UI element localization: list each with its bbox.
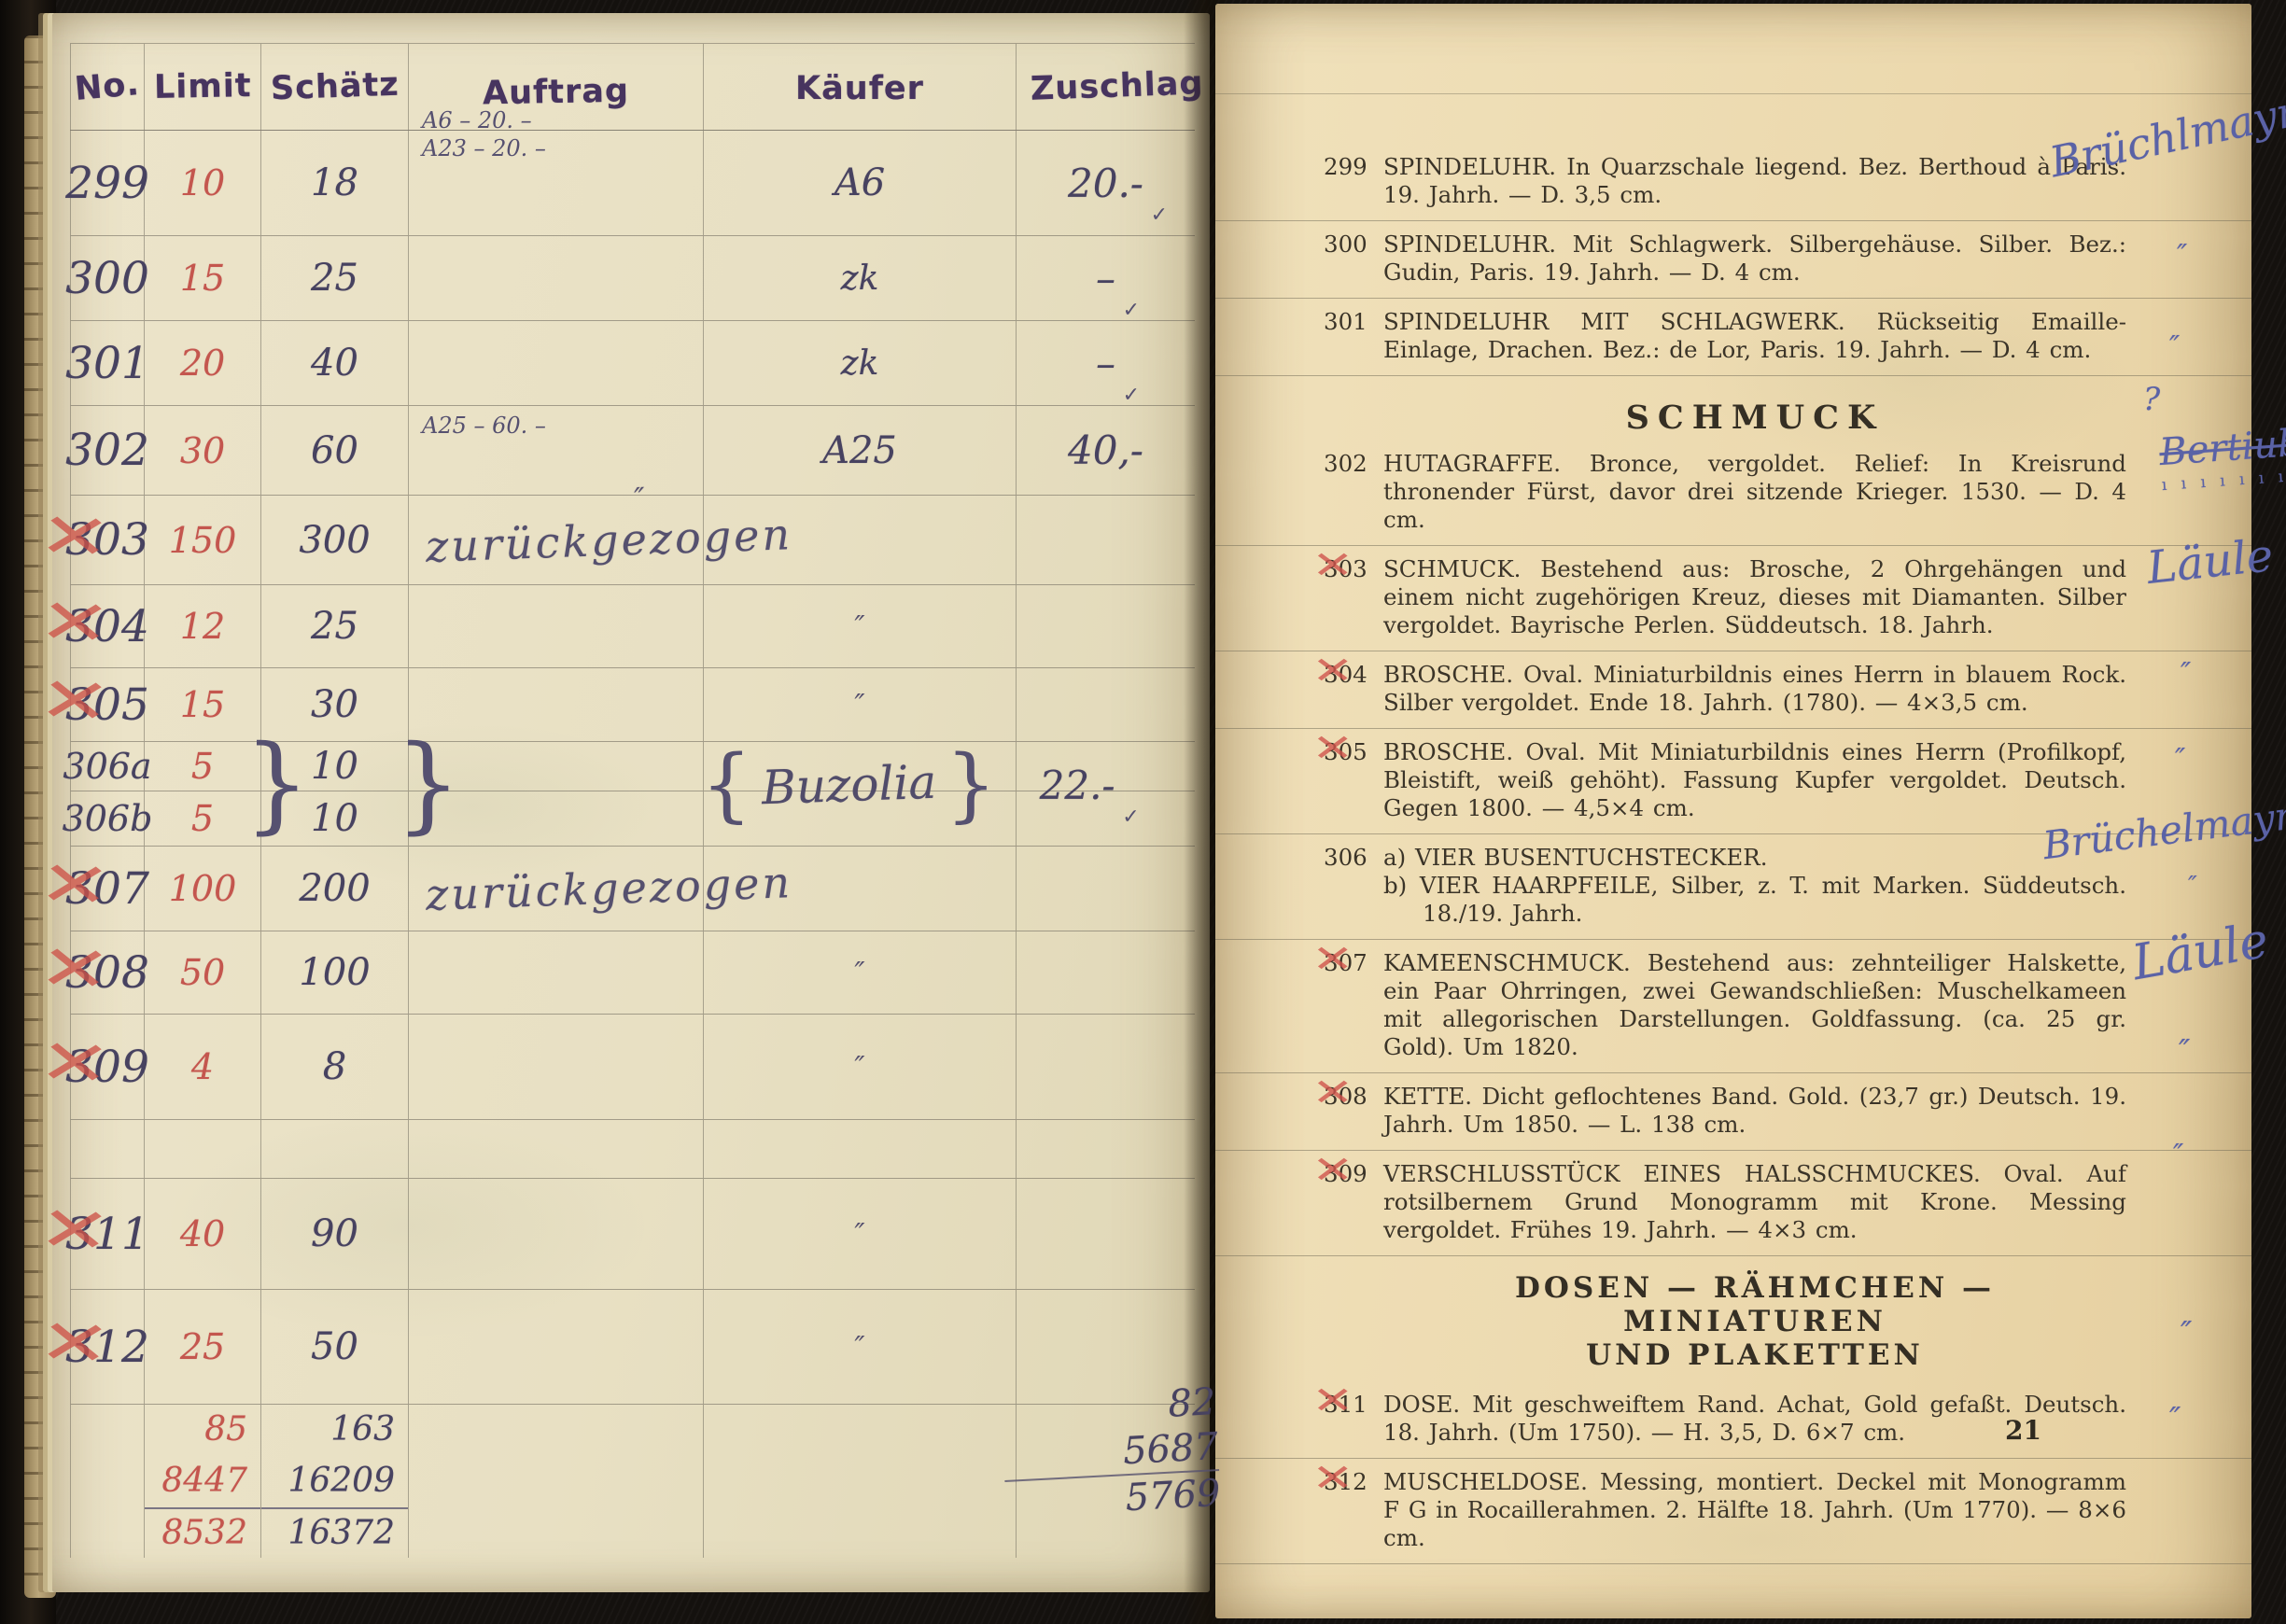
limit-value: 15 [180, 684, 225, 725]
schaetz-value: 200 [299, 867, 370, 910]
ledger-cell-zuschlag [1017, 1120, 1195, 1178]
ledger-cell-zuschlag [1017, 931, 1195, 1014]
check-mark: ✓ [1151, 203, 1168, 227]
ledger-cell-zuschlag [1017, 1015, 1195, 1119]
totals-cell-empty [704, 1507, 1017, 1558]
catalog-lot-number: 309✕ [1324, 1160, 1378, 1188]
schaetz-value: 50 [311, 1325, 358, 1368]
ledger-cell-lot-no: 309✕ [70, 1015, 145, 1119]
ledger-cell-zuschlag: 40,- [1017, 406, 1195, 495]
ledger-cell-limit: 12 [145, 585, 261, 667]
ledger-row-301: 3012040zk–✓ [70, 321, 1195, 406]
check-mark: ✓ [1122, 805, 1139, 829]
lot-number: 304✕ [65, 601, 149, 652]
ledger-cell-zuschlag [1017, 668, 1195, 741]
lot-number-text: 312✕ [1324, 1468, 1367, 1496]
catalog-lot-number: 304✕ [1324, 661, 1378, 689]
lot-number-text: 304 [65, 601, 149, 652]
ledger-cell-auftrag [409, 1179, 704, 1289]
lot-number-text: 303✕ [1324, 555, 1367, 583]
schaetz-value: 8 [323, 1045, 346, 1088]
catalog-entry-text: SPINDELUHR MIT SCHLAGWERK. Rückseitig Em… [1383, 308, 2126, 364]
lot-number: 308✕ [65, 947, 149, 999]
lot-number: 303✕ [65, 514, 149, 566]
ledger-cell-schaetz: 40 [261, 321, 409, 405]
schaetz-value: 30 [311, 683, 358, 726]
ledger-cell-kaeufer: zk [704, 236, 1017, 320]
lot-number-text: 300 [65, 253, 149, 304]
catalog-entry-text: BROSCHE. Oval. Mit Miniaturbildnis eines… [1383, 738, 2126, 822]
header-cell-kaeufer: Käufer [704, 44, 1017, 130]
ledger-cell-schaetz: 8 [261, 1015, 409, 1119]
lot-number-text: 299 [65, 158, 149, 209]
schaetz-value: 60 [311, 429, 358, 472]
column-header-schaetz: Schätz [270, 66, 400, 108]
zuschlag-value: 40,- [1068, 427, 1143, 473]
ledger-row-303: 303✕150300zurückgezogen″ [70, 496, 1195, 585]
lot-number-text: 303 [65, 514, 149, 566]
schaetz-value: 10 [311, 797, 358, 840]
schaetz-total: 163 [261, 1410, 408, 1449]
ledger-cell-kaeufer: ″ [704, 668, 1017, 741]
ledger-cell-schaetz: 90 [261, 1179, 409, 1289]
ledger-cell-lot-no [70, 1120, 145, 1178]
totals-cell-empty [70, 1507, 145, 1558]
ledger-cell-auftrag: A25 – 60. – [409, 406, 704, 495]
totals-cell-empty [70, 1405, 145, 1453]
lot-number-text: 308 [65, 947, 149, 999]
book-spine [0, 0, 56, 1624]
limit-value: 100 [169, 868, 237, 909]
auction-ledger-book-scan: No. Limit Schätz Auftrag Käufer Zuschlag… [0, 0, 2286, 1624]
lot-number-value: 312 [1324, 1468, 1367, 1495]
limit-value: 4 [191, 1046, 214, 1087]
ledger-cell-schaetz: 50 [261, 1290, 409, 1404]
lot-number-text: 306b [63, 798, 153, 839]
ledger-cell-auftrag: zurückgezogen [409, 847, 704, 931]
lot-number-text: 302 [65, 425, 149, 476]
totals-cell-limit: 85 [145, 1405, 261, 1453]
ledger-cell-limit: 15 [145, 236, 261, 320]
ledger-cell-auftrag [409, 321, 704, 405]
catalog-lot-number: 302 [1324, 450, 1378, 478]
ledger-row-309: 309✕48″ [70, 1015, 1195, 1120]
catalog-entry-308: 308✕KETTE. Dicht geflochtenes Band. Gold… [1215, 1073, 2251, 1151]
lot-number-text: 309✕ [1324, 1160, 1367, 1188]
ledger-cell-limit: 10 [145, 131, 261, 235]
ledger-cell-limit: 4 [145, 1015, 261, 1119]
kaeufer-value: A6 [834, 161, 885, 204]
ledger-cell-limit: 30 [145, 406, 261, 495]
catalog-entry-text: MUSCHELDOSE. Messing, montiert. Deckel m… [1383, 1468, 2126, 1552]
limit-value: 40 [180, 1213, 225, 1254]
lot-number-text: 304✕ [1324, 661, 1367, 689]
ditto-mark: ″ [854, 1218, 864, 1251]
catalog-lot-number: 312✕ [1324, 1468, 1378, 1496]
zuschlag-value: –✓ [1096, 341, 1115, 386]
catalog-entry-line-b: b) VIER HAARPFEILE, Silber, z. T. mit Ma… [1383, 872, 2126, 928]
header-cell-zuschlag: Zuschlag [1017, 44, 1195, 130]
schaetz-value: 25 [311, 605, 358, 648]
totals-cell-limit: 8447 [145, 1453, 261, 1507]
schaetz-value: 10 [311, 745, 358, 788]
lot-number: 302 [65, 425, 149, 476]
ledger-cell-lot-no: 312✕ [70, 1290, 145, 1404]
column-header-limit: Limit [153, 67, 251, 106]
ledger-cell-kaeufer [704, 1120, 1017, 1178]
lot-number-text: 306 [1324, 844, 1367, 872]
ledger-row-307: 307✕100200zurückgezogen [70, 847, 1195, 931]
catalog-page: 299SPINDELUHR. In Quarzschale liegend. B… [1215, 4, 2251, 1618]
lot-number-text: 312 [65, 1322, 149, 1373]
limit-value: 12 [180, 606, 225, 647]
ledger-cell-limit [145, 1120, 261, 1178]
ledger-page: No. Limit Schätz Auftrag Käufer Zuschlag… [52, 13, 1210, 1592]
schaetz-value: 18 [311, 161, 358, 204]
check-mark: ✓ [1123, 299, 1140, 322]
catalog-entries: 299SPINDELUHR. In Quarzschale liegend. B… [1215, 4, 2251, 1564]
schaetz-value: 100 [299, 951, 370, 994]
column-header-no: No. [74, 65, 142, 108]
limit-value: 10 [180, 162, 225, 203]
ledger-cell-lot-no: 311✕ [70, 1179, 145, 1289]
ledger-cell-limit: 100 [145, 847, 261, 931]
schaetz-total: 16372 [261, 1514, 408, 1552]
ledger-cell-schaetz: 25 [261, 236, 409, 320]
section-heading-line: UND PLAKETTEN [1383, 1338, 2126, 1372]
schaetz-value: 40 [311, 342, 358, 385]
ledger-row-308: 308✕50100″ [70, 931, 1195, 1015]
ledger-cell-lot-no: 300 [70, 236, 145, 320]
lot-number-text: 301 [65, 338, 149, 389]
ledger-cell-auftrag: zurückgezogen″ [409, 496, 704, 584]
lot-number-text: 311✕ [1324, 1391, 1367, 1419]
ledger-cell-lot-no: 307✕ [70, 847, 145, 931]
lot-number-value: 300 [1324, 231, 1367, 258]
ditto-mark: ″ [854, 1331, 864, 1364]
kaeufer-value: Buzolia [761, 755, 937, 815]
group-brace: } [395, 734, 436, 834]
lot-number-text: 311 [65, 1209, 149, 1260]
ledger-cell-zuschlag [1017, 1179, 1195, 1289]
ledger-cell-schaetz: 100 [261, 931, 409, 1014]
ledger-cell-kaeufer: A6 [704, 131, 1017, 235]
catalog-entry-300: 300SPINDELUHR. Mit Schlagwerk. Silbergeh… [1215, 221, 2251, 299]
catalog-lot-number: 299 [1324, 153, 1378, 181]
schaetz-value: 300 [299, 519, 370, 562]
ledger-cell-lot-no: 305✕ [70, 668, 145, 741]
lot-number-text: 308✕ [1324, 1083, 1367, 1111]
ledger-cell-lot-no: 306b [70, 791, 145, 846]
catalog-entry-text: SCHMUCK. Bestehend aus: Brosche, 2 Ohrge… [1383, 555, 2126, 639]
ledger-cell-auftrag [409, 1015, 704, 1119]
catalog-entry-text: KETTE. Dicht geflochtenes Band. Gold. (2… [1383, 1083, 2126, 1139]
lot-number-value: 307 [1324, 949, 1367, 976]
catalog-entry-311: 311✕DOSE. Mit geschweiftem Rand. Achat, … [1215, 1381, 2251, 1459]
lot-number: 309✕ [65, 1042, 149, 1093]
ledger-cell-auftrag [409, 585, 704, 667]
ledger-cell-kaeufer: ″ [704, 1015, 1017, 1119]
auftrag-note: A6 – 20. –A23 – 20. – [409, 106, 546, 162]
ditto-mark: ″ [634, 482, 648, 514]
catalog-lot-number: 301 [1324, 308, 1378, 336]
catalog-lot-number: 308✕ [1324, 1083, 1378, 1111]
catalog-entry-299: 299SPINDELUHR. In Quarzschale liegend. B… [1215, 144, 2251, 221]
schaetz-value: 25 [311, 257, 358, 300]
ledger-cell-schaetz: 25 [261, 585, 409, 667]
lot-number-value: 303 [1324, 555, 1367, 582]
lot-number-value: 311 [1324, 1391, 1367, 1418]
auftrag-note: A25 – 60. – [409, 412, 546, 440]
ledger-cell-schaetz: 300 [261, 496, 409, 584]
ledger-cell-zuschlag: 20.-✓ [1017, 131, 1195, 235]
lot-number-value: 304 [1324, 661, 1367, 688]
zuschlag-value: 22.-✓ [1040, 763, 1115, 808]
zuschlag-amount: 20.- [1068, 161, 1143, 206]
limit-value: 150 [169, 520, 237, 561]
catalog-entry-text: KAMEENSCHMUCK. Bestehend aus: zehnteilig… [1383, 949, 2126, 1061]
lot-number-value: 306 [1324, 844, 1367, 871]
catalog-entry-307: 307✕KAMEENSCHMUCK. Bestehend aus: zehnte… [1215, 940, 2251, 1073]
ledger-cell-kaeufer: A25 [704, 406, 1017, 495]
lot-number: 305✕ [65, 679, 149, 731]
ledger-cell-lot-no: 301 [70, 321, 145, 405]
totals-cell-empty [704, 1405, 1017, 1453]
header-cell-schaetz: Schätz [261, 44, 409, 130]
ledger-row-299: 2991018A6 – 20. –A23 – 20. –A620.-✓ [70, 131, 1195, 236]
catalog-lot-number: 305✕ [1324, 738, 1378, 766]
zuschlag-amount: 40,- [1068, 427, 1143, 473]
ledger-cell-limit: 25 [145, 1290, 261, 1404]
ledger-row-305: 305✕1530″ [70, 668, 1195, 742]
ledger-cell-auftrag [409, 1120, 704, 1178]
ditto-mark: ″ [854, 1051, 864, 1084]
limit-value: 25 [180, 1326, 225, 1367]
schaetz-total: 16209 [261, 1462, 408, 1500]
ledger-cell-kaeufer: ″ [704, 585, 1017, 667]
catalog-entry-312: 312✕MUSCHELDOSE. Messing, montiert. Deck… [1215, 1459, 2251, 1564]
catalog-entry-309: 309✕VERSCHLUSSTÜCK EINES HALSSCHMUCKES. … [1215, 1151, 2251, 1256]
totals-cell-schaetz: 163 [261, 1405, 409, 1453]
totals-cell-schaetz: 16372 [261, 1507, 409, 1558]
lot-number: 299 [65, 158, 149, 209]
ledger-cell-limit: 40 [145, 1179, 261, 1289]
ledger-cell-zuschlag [1017, 847, 1195, 931]
totals-cell-empty [704, 1453, 1017, 1507]
ledger-cell-lot-no: 308✕ [70, 931, 145, 1014]
ledger-row-311: 311✕4090″ [70, 1179, 1195, 1290]
catalog-entry-304: 304✕BROSCHE. Oval. Miniaturbildnis eines… [1215, 651, 2251, 729]
catalog-entry-303: 303✕SCHMUCK. Bestehend aus: Brosche, 2 O… [1215, 546, 2251, 651]
catalog-entry-302: 302HUTAGRAFFE. Bronce, vergoldet. Relief… [1215, 441, 2251, 546]
lot-number-value: 302 [1324, 450, 1367, 477]
group-brace: } [244, 734, 285, 834]
ledger-cell-kaeufer: zk [704, 321, 1017, 405]
ledger-cell-auftrag: A6 – 20. –A23 – 20. – [409, 131, 704, 235]
ledger-cell-auftrag [409, 931, 704, 1014]
ledger-cell-zuschlag [1017, 496, 1195, 584]
lot-number-text: 309 [65, 1042, 149, 1093]
schaetz-value: 90 [311, 1212, 358, 1255]
lot-number-text: 305 [65, 679, 149, 731]
catalog-lot-number: 300 [1324, 231, 1378, 259]
totals-cell-schaetz: 16209 [261, 1453, 409, 1507]
column-header-zuschlag: Zuschlag [1030, 64, 1204, 107]
catalog-lot-number: 311✕ [1324, 1391, 1378, 1419]
ledger-cell-kaeufer: ″ [704, 931, 1017, 1014]
limit-value: 15 [180, 258, 225, 299]
lot-number: 312✕ [65, 1322, 149, 1373]
header-cell-limit: Limit [145, 44, 261, 130]
ledger-cell-schaetz [261, 1120, 409, 1178]
zuschlag-amount: – [1096, 256, 1115, 301]
section-heading-dosen: DOSEN — RÄHMCHEN — MINIATURENUND PLAKETT… [1215, 1256, 2251, 1381]
lot-number-text: 299 [1324, 153, 1367, 181]
limit-value: 50 [180, 952, 225, 993]
lot-number-value: 308 [1324, 1083, 1367, 1110]
zuschlag-amount: – [1096, 341, 1115, 386]
ledger-cell-auftrag [409, 236, 704, 320]
totals-cell-limit: 8532 [145, 1507, 261, 1558]
ledger-cell-limit: 150 [145, 496, 261, 584]
kaeufer-value: A25 [822, 429, 897, 472]
catalog-entry-306: 306a) VIER BUSENTUCHSTECKER.b) VIER HAAR… [1215, 834, 2251, 940]
zuschlag-amount: 22.- [1040, 763, 1115, 808]
ledger-cell-limit: 50 [145, 931, 261, 1014]
limit-value: 5 [191, 746, 214, 787]
lot-number: 306a [63, 746, 151, 787]
catalog-entry-305: 305✕BROSCHE. Oval. Mit Miniaturbildnis e… [1215, 729, 2251, 834]
ledger-cell-lot-no: 302 [70, 406, 145, 495]
group-306-buyer: {Buzolia}22.-✓ [701, 734, 1115, 836]
ledger-cell-lot-no: 306a [70, 742, 145, 791]
kaeufer-value: zk [841, 344, 879, 383]
auftrag-note-line: A23 – 20. – [422, 134, 546, 162]
lot-number-text: 300 [1324, 231, 1367, 259]
ledger-row-blank [70, 1120, 1195, 1179]
ledger-cell-kaeufer: ″ [704, 1290, 1017, 1404]
ledger-row-304: 304✕1225″ [70, 585, 1195, 668]
column-header-kaeufer: Käufer [795, 70, 924, 107]
ledger-cell-schaetz: 60 [261, 406, 409, 495]
ledger-cell-limit: 20 [145, 321, 261, 405]
ledger-header-row: No. Limit Schätz Auftrag Käufer Zuschlag [70, 43, 1195, 131]
page-number: 21 [2005, 1415, 2041, 1446]
catalog-entry-text: BROSCHE. Oval. Miniaturbildnis eines Her… [1383, 661, 2126, 717]
brace-open: { [701, 738, 752, 832]
lot-number-text: 306a [63, 746, 151, 787]
ledger-cell-zuschlag: –✓ [1017, 321, 1195, 405]
totals-cell-empty [409, 1453, 704, 1507]
brace-close: } [946, 738, 997, 832]
catalog-lot-number: 303✕ [1324, 555, 1378, 583]
totals-cell-empty [409, 1507, 704, 1558]
limit-total: 85 [145, 1410, 260, 1449]
binding-stitches [24, 35, 56, 1598]
zuschlag-totals: 8256875769 [1000, 1379, 1221, 1527]
lot-number-text: 302 [1324, 450, 1367, 478]
ledger-cell-lot-no: 304✕ [70, 585, 145, 667]
lot-number: 307✕ [65, 863, 149, 915]
lot-number: 300 [65, 253, 149, 304]
ledger-table: No. Limit Schätz Auftrag Käufer Zuschlag… [70, 43, 1195, 1558]
ledger-cell-kaeufer: ″ [704, 1179, 1017, 1289]
limit-value: 30 [180, 430, 225, 471]
lot-number-value: 301 [1324, 308, 1367, 335]
ledger-cell-lot-no: 299 [70, 131, 145, 235]
check-mark: ✓ [1123, 384, 1140, 407]
auftrag-note-line: A25 – 60. – [422, 412, 546, 440]
ledger-cell-lot-no: 303✕ [70, 496, 145, 584]
limit-value: 20 [180, 343, 225, 384]
lot-number-value: 305 [1324, 738, 1367, 765]
limit-total: 8447 [145, 1462, 260, 1500]
kaeufer-value: zk [841, 259, 879, 298]
zuschlag-value: 20.-✓ [1068, 161, 1143, 206]
lot-number: 306b [63, 798, 153, 839]
catalog-lot-number: 306 [1324, 844, 1378, 872]
totals-cell-empty [70, 1453, 145, 1507]
ditto-mark: ″ [854, 957, 864, 989]
header-cell-no: No. [70, 44, 145, 130]
totals-cell-empty [409, 1405, 704, 1453]
lot-number-value: 299 [1324, 153, 1367, 180]
auftrag-note-line: A6 – 20. – [422, 106, 546, 134]
ledger-cell-schaetz: 200 [261, 847, 409, 931]
lot-number: 311✕ [65, 1209, 149, 1260]
catalog-entry-text: SPINDELUHR. Mit Schlagwerk. Silbergehäus… [1383, 231, 2126, 287]
lot-number-text: 307 [65, 863, 149, 915]
zuschlag-value: –✓ [1096, 256, 1115, 301]
ledger-cell-auftrag [409, 1290, 704, 1404]
ledger-cell-zuschlag: –✓ [1017, 236, 1195, 320]
catalog-entry-text: SPINDELUHR. In Quarzschale liegend. Bez.… [1383, 153, 2126, 209]
lot-number-text: 301 [1324, 308, 1367, 336]
ditto-mark: ″ [854, 610, 864, 643]
catalog-entry-text: HUTAGRAFFE. Bronce, vergoldet. Relief: I… [1383, 450, 2126, 534]
section-heading-schmuck: SCHMUCK [1215, 376, 2251, 441]
ditto-mark: ″ [854, 689, 864, 721]
lot-number-text: 307✕ [1324, 949, 1367, 977]
ledger-row-302: 3023060A25 – 60. –A2540,- [70, 406, 1195, 496]
ledger-cell-zuschlag [1017, 585, 1195, 667]
catalog-entry-text: VERSCHLUSSTÜCK EINES HALSSCHMUCKES. Oval… [1383, 1160, 2126, 1244]
catalog-lot-number: 307✕ [1324, 949, 1378, 977]
ledger-row-300: 3001525zk–✓ [70, 236, 1195, 321]
lot-number-value: 309 [1324, 1160, 1367, 1187]
catalog-entry-301: 301SPINDELUHR MIT SCHLAGWERK. Rückseitig… [1215, 299, 2251, 376]
limit-total: 8532 [145, 1514, 260, 1552]
ledger-row-312: 312✕2550″ [70, 1290, 1195, 1405]
ledger-cell-schaetz: 18 [261, 131, 409, 235]
limit-value: 5 [191, 798, 214, 839]
lot-number: 301 [65, 338, 149, 389]
lot-number-text: 305✕ [1324, 738, 1367, 766]
catalog-entry-line-a: a) VIER BUSENTUCHSTECKER. [1383, 844, 2126, 872]
section-heading-line: DOSEN — RÄHMCHEN — MINIATUREN [1383, 1271, 2126, 1338]
